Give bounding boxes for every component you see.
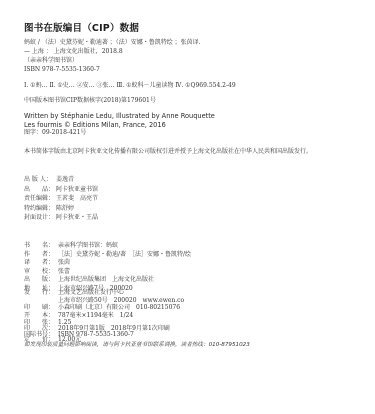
credit-row: 特约编辑：陈舒婷 bbox=[24, 205, 74, 213]
cip-classification: Ⅰ. ①蚂… Ⅱ. ①史… ②安… ③张… Ⅲ. ①蚁科－儿童读物 Ⅳ. ①Q9… bbox=[24, 82, 236, 90]
cip-verification: 中国版本图书馆CIP数据核字(2018)第179601号 bbox=[24, 97, 156, 105]
cip-title: 图书在版编目（CIP）数据 bbox=[24, 20, 139, 34]
credit-label: 出 品： bbox=[24, 186, 56, 194]
cip-line-1: 蚂蚁 / （法）史黛芬妮・勒迪著 ；（法）安娜・鲁凯特绘 ；张茵译. bbox=[24, 39, 201, 47]
pub-value: ［法］史黛芬妮・勒迪/著 ［法］安娜・鲁凯特/绘 bbox=[58, 251, 191, 259]
credit-row: 出 版 人：姜逸青 bbox=[24, 176, 74, 184]
pub-label: 审 校： bbox=[24, 268, 58, 276]
credit-label: 出 版 人： bbox=[24, 176, 56, 184]
credit-value: 阿卡狄亚童书馆 bbox=[56, 186, 98, 194]
rights-statement: 本书简体字版由北京阿卡狄亚文化传播有限公司版权引进并授予上海文化出版社在中华人民… bbox=[24, 148, 312, 156]
credit-label: 封面设计： bbox=[24, 214, 56, 222]
pub-value: 张茵 bbox=[58, 259, 70, 267]
credit-row: 责任编辑：王茗斐 高亮节 bbox=[24, 195, 98, 203]
cip-line-4: ISBN 978-7-5535-1360-7 bbox=[24, 66, 100, 74]
pub-label: 书 名： bbox=[24, 242, 58, 250]
credit-row: 封面设计：阿卡狄亚・王晶 bbox=[24, 214, 98, 222]
pub-value: 亲亲科学图书馆：蚂蚁 bbox=[58, 242, 118, 250]
quality-notice: 如发现印装质量问题影响阅读，请与阿卡狄亚童书馆联系调换，读者热线：010-879… bbox=[24, 341, 250, 349]
credit-value: 陈舒婷 bbox=[56, 205, 74, 213]
pub-row: 译 者：张茵 bbox=[24, 259, 70, 267]
credit-label: 特约编辑： bbox=[24, 205, 56, 213]
pub-value: 上海世纪出版集团 上海文化出版社 bbox=[58, 276, 154, 284]
pub-label: 出 版： bbox=[24, 276, 58, 284]
rights-written-by: Written by Stéphanie Ledu, Illustrated b… bbox=[24, 112, 215, 120]
credit-label: 责任编辑： bbox=[24, 195, 56, 203]
pub-row: 审 校：张蕾 bbox=[24, 268, 70, 276]
pub-row: 出 版：上海世纪出版集团 上海文化出版社 bbox=[24, 276, 154, 284]
pub-row: 书 名：亲亲科学图书馆：蚂蚁 bbox=[24, 242, 118, 250]
pub-value: 张蕾 bbox=[58, 268, 70, 276]
credit-value: 阿卡狄亚・王晶 bbox=[56, 214, 98, 222]
credit-value: 王茗斐 高亮节 bbox=[56, 195, 98, 203]
credit-row: 出 品：阿卡狄亚童书馆 bbox=[24, 186, 98, 194]
pub-label: 作 者： bbox=[24, 251, 58, 259]
rights-contract-no: 图字：09-2018-421号 bbox=[24, 129, 86, 137]
pub-label: 译 者： bbox=[24, 259, 58, 267]
pub-row: 作 者：［法］史黛芬妮・勒迪/著 ［法］安娜・鲁凯特/绘 bbox=[24, 251, 191, 259]
credit-value: 姜逸青 bbox=[56, 176, 74, 184]
copyright-page: 图书在版编目（CIP）数据 蚂蚁 / （法）史黛芬妮・勒迪著 ；（法）安娜・鲁凯… bbox=[0, 0, 375, 414]
cip-line-2: — 上海 ： 上海文化出版社，2018.8 bbox=[24, 48, 123, 56]
rights-original: Les fourmis © Editions Milan, France, 20… bbox=[24, 121, 166, 129]
cip-line-3: （亲亲科学图书馆） bbox=[24, 57, 78, 65]
